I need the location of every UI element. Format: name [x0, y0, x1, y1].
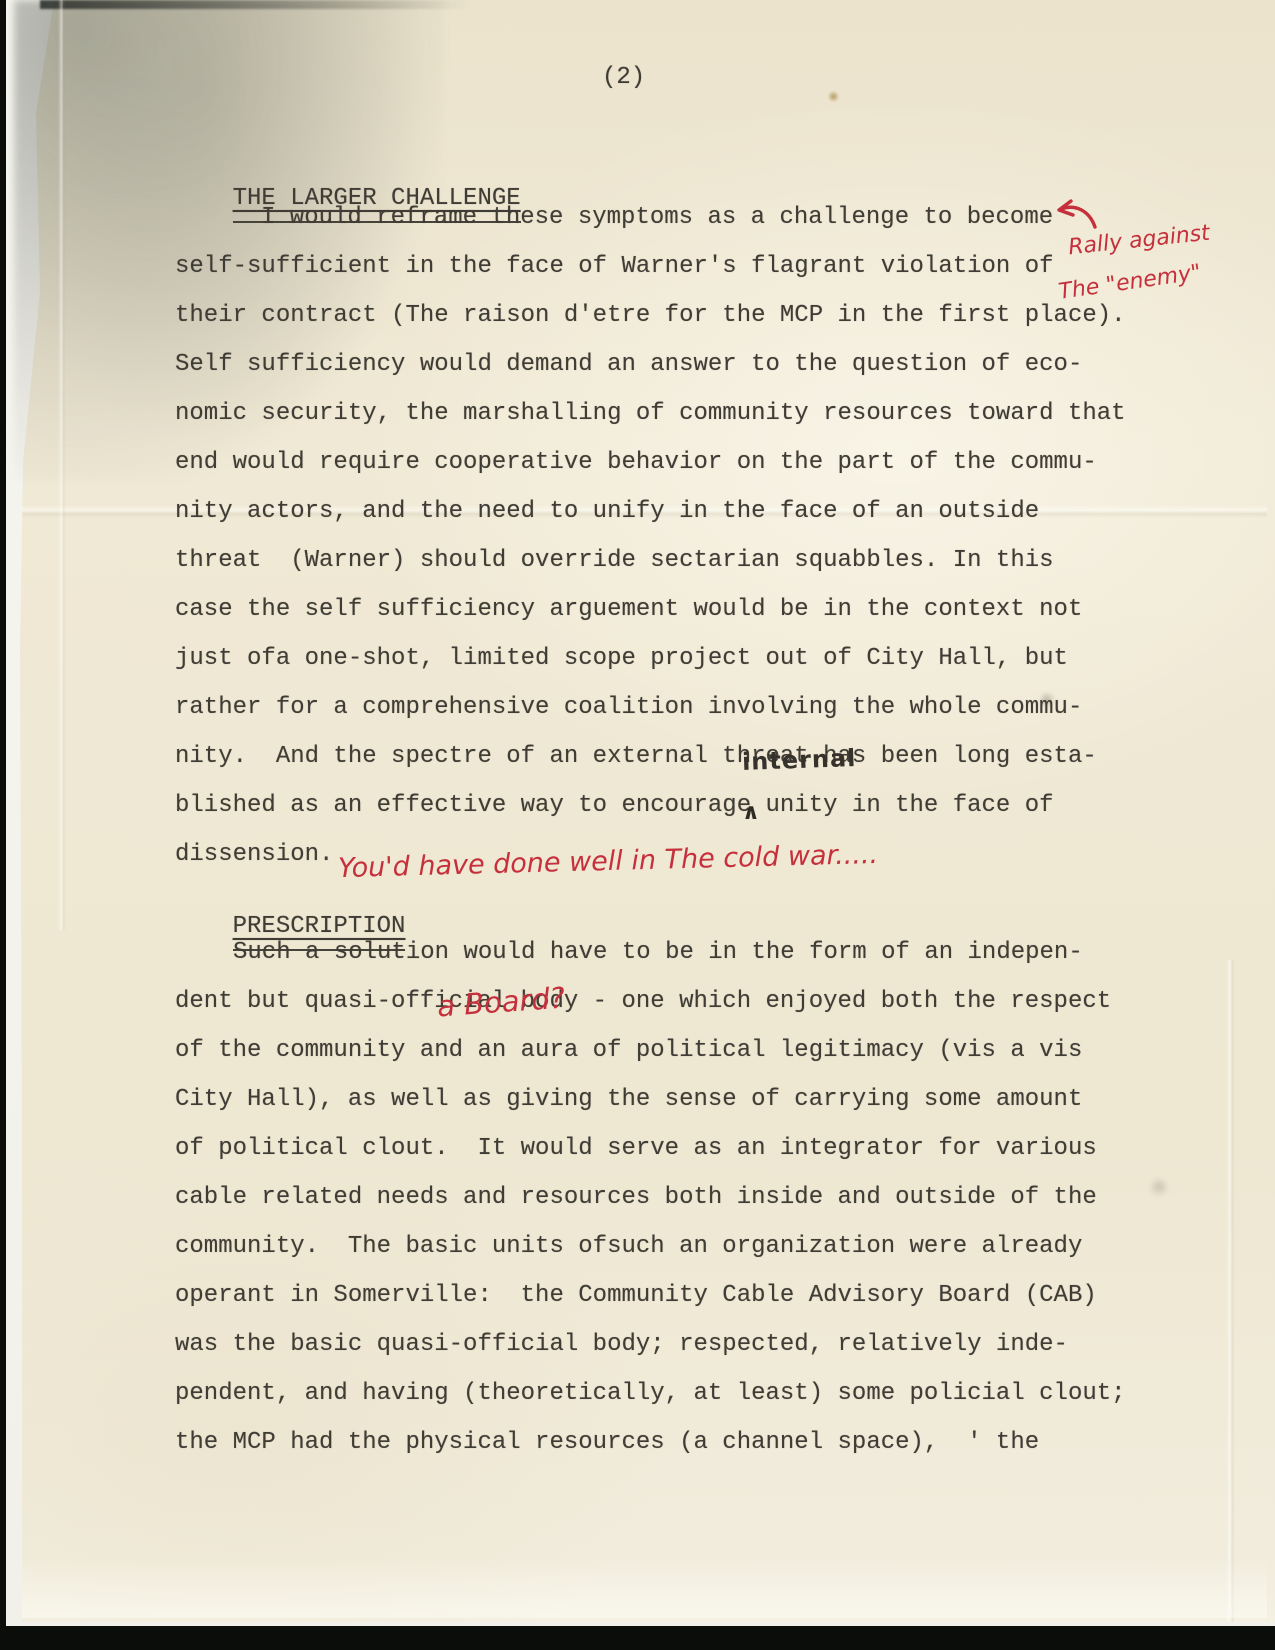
typed-line: I would reframe these symptoms as a chal… [261, 204, 1053, 231]
typed-line: threat (Warner) should override sectaria… [175, 547, 1054, 574]
typed-line: of political clout. It would serve as an… [175, 1135, 1097, 1162]
typed-line: rather for a comprehensive coalition inv… [175, 694, 1082, 721]
page-number: (2) [602, 64, 645, 91]
typed-line: self-sufficient in the face of Warner's … [175, 253, 1054, 280]
handwritten-rally-note-line2: The "enemy" [1057, 260, 1203, 305]
typed-line: of the community and an aura of politica… [175, 1037, 1082, 1064]
handwritten-board-question: a Board? [436, 981, 566, 1024]
typed-line: their contract (The raison d'etre for th… [175, 302, 1126, 329]
typed-line: Self sufficiency would demand an answer … [175, 351, 1082, 378]
typed-line: nity. And the spectre of an external thr… [175, 743, 1097, 770]
handwritten-internal-insertion: internal [742, 744, 857, 776]
typed-line: end would require cooperative behavior o… [175, 449, 1097, 476]
typed-line: case the self sufficiency arguement woul… [175, 596, 1082, 623]
typed-line: cable related needs and resources both i… [175, 1184, 1097, 1211]
typed-line: just ofa one-shot, limited scope project… [175, 645, 1068, 672]
insertion-caret: ∧ [742, 800, 760, 825]
typed-line: dent but quasi-official body - one which… [175, 988, 1111, 1015]
document-content: (2) THE LARGER CHALLENGE I would reframe… [0, 0, 1275, 1650]
typed-line: nity actors, and the need to unify in th… [175, 498, 1039, 525]
typed-line: nomic security, the marshalling of commu… [175, 400, 1126, 427]
typed-line: Such a solution would have to be in the … [233, 939, 1083, 966]
typed-line: community. The basic units ofsuch an org… [175, 1233, 1082, 1260]
scanned-page: { "page": { "number": "(2)" }, "colors":… [0, 0, 1275, 1650]
typed-line: operant in Somerville: the Community Cab… [175, 1282, 1097, 1309]
typed-line: the MCP had the physical resources (a ch… [175, 1429, 1039, 1456]
typed-line: pendent, and having (theoretically, at l… [175, 1380, 1126, 1407]
typed-line: was the basic quasi-official body; respe… [175, 1331, 1068, 1358]
handwritten-cold-war-note: You'd have done well in The cold war....… [338, 839, 879, 884]
typed-line: blished as an effective way to encourage… [175, 792, 1054, 819]
typed-line: City Hall), as well as giving the sense … [175, 1086, 1082, 1113]
typed-line: dissension. [175, 841, 333, 868]
